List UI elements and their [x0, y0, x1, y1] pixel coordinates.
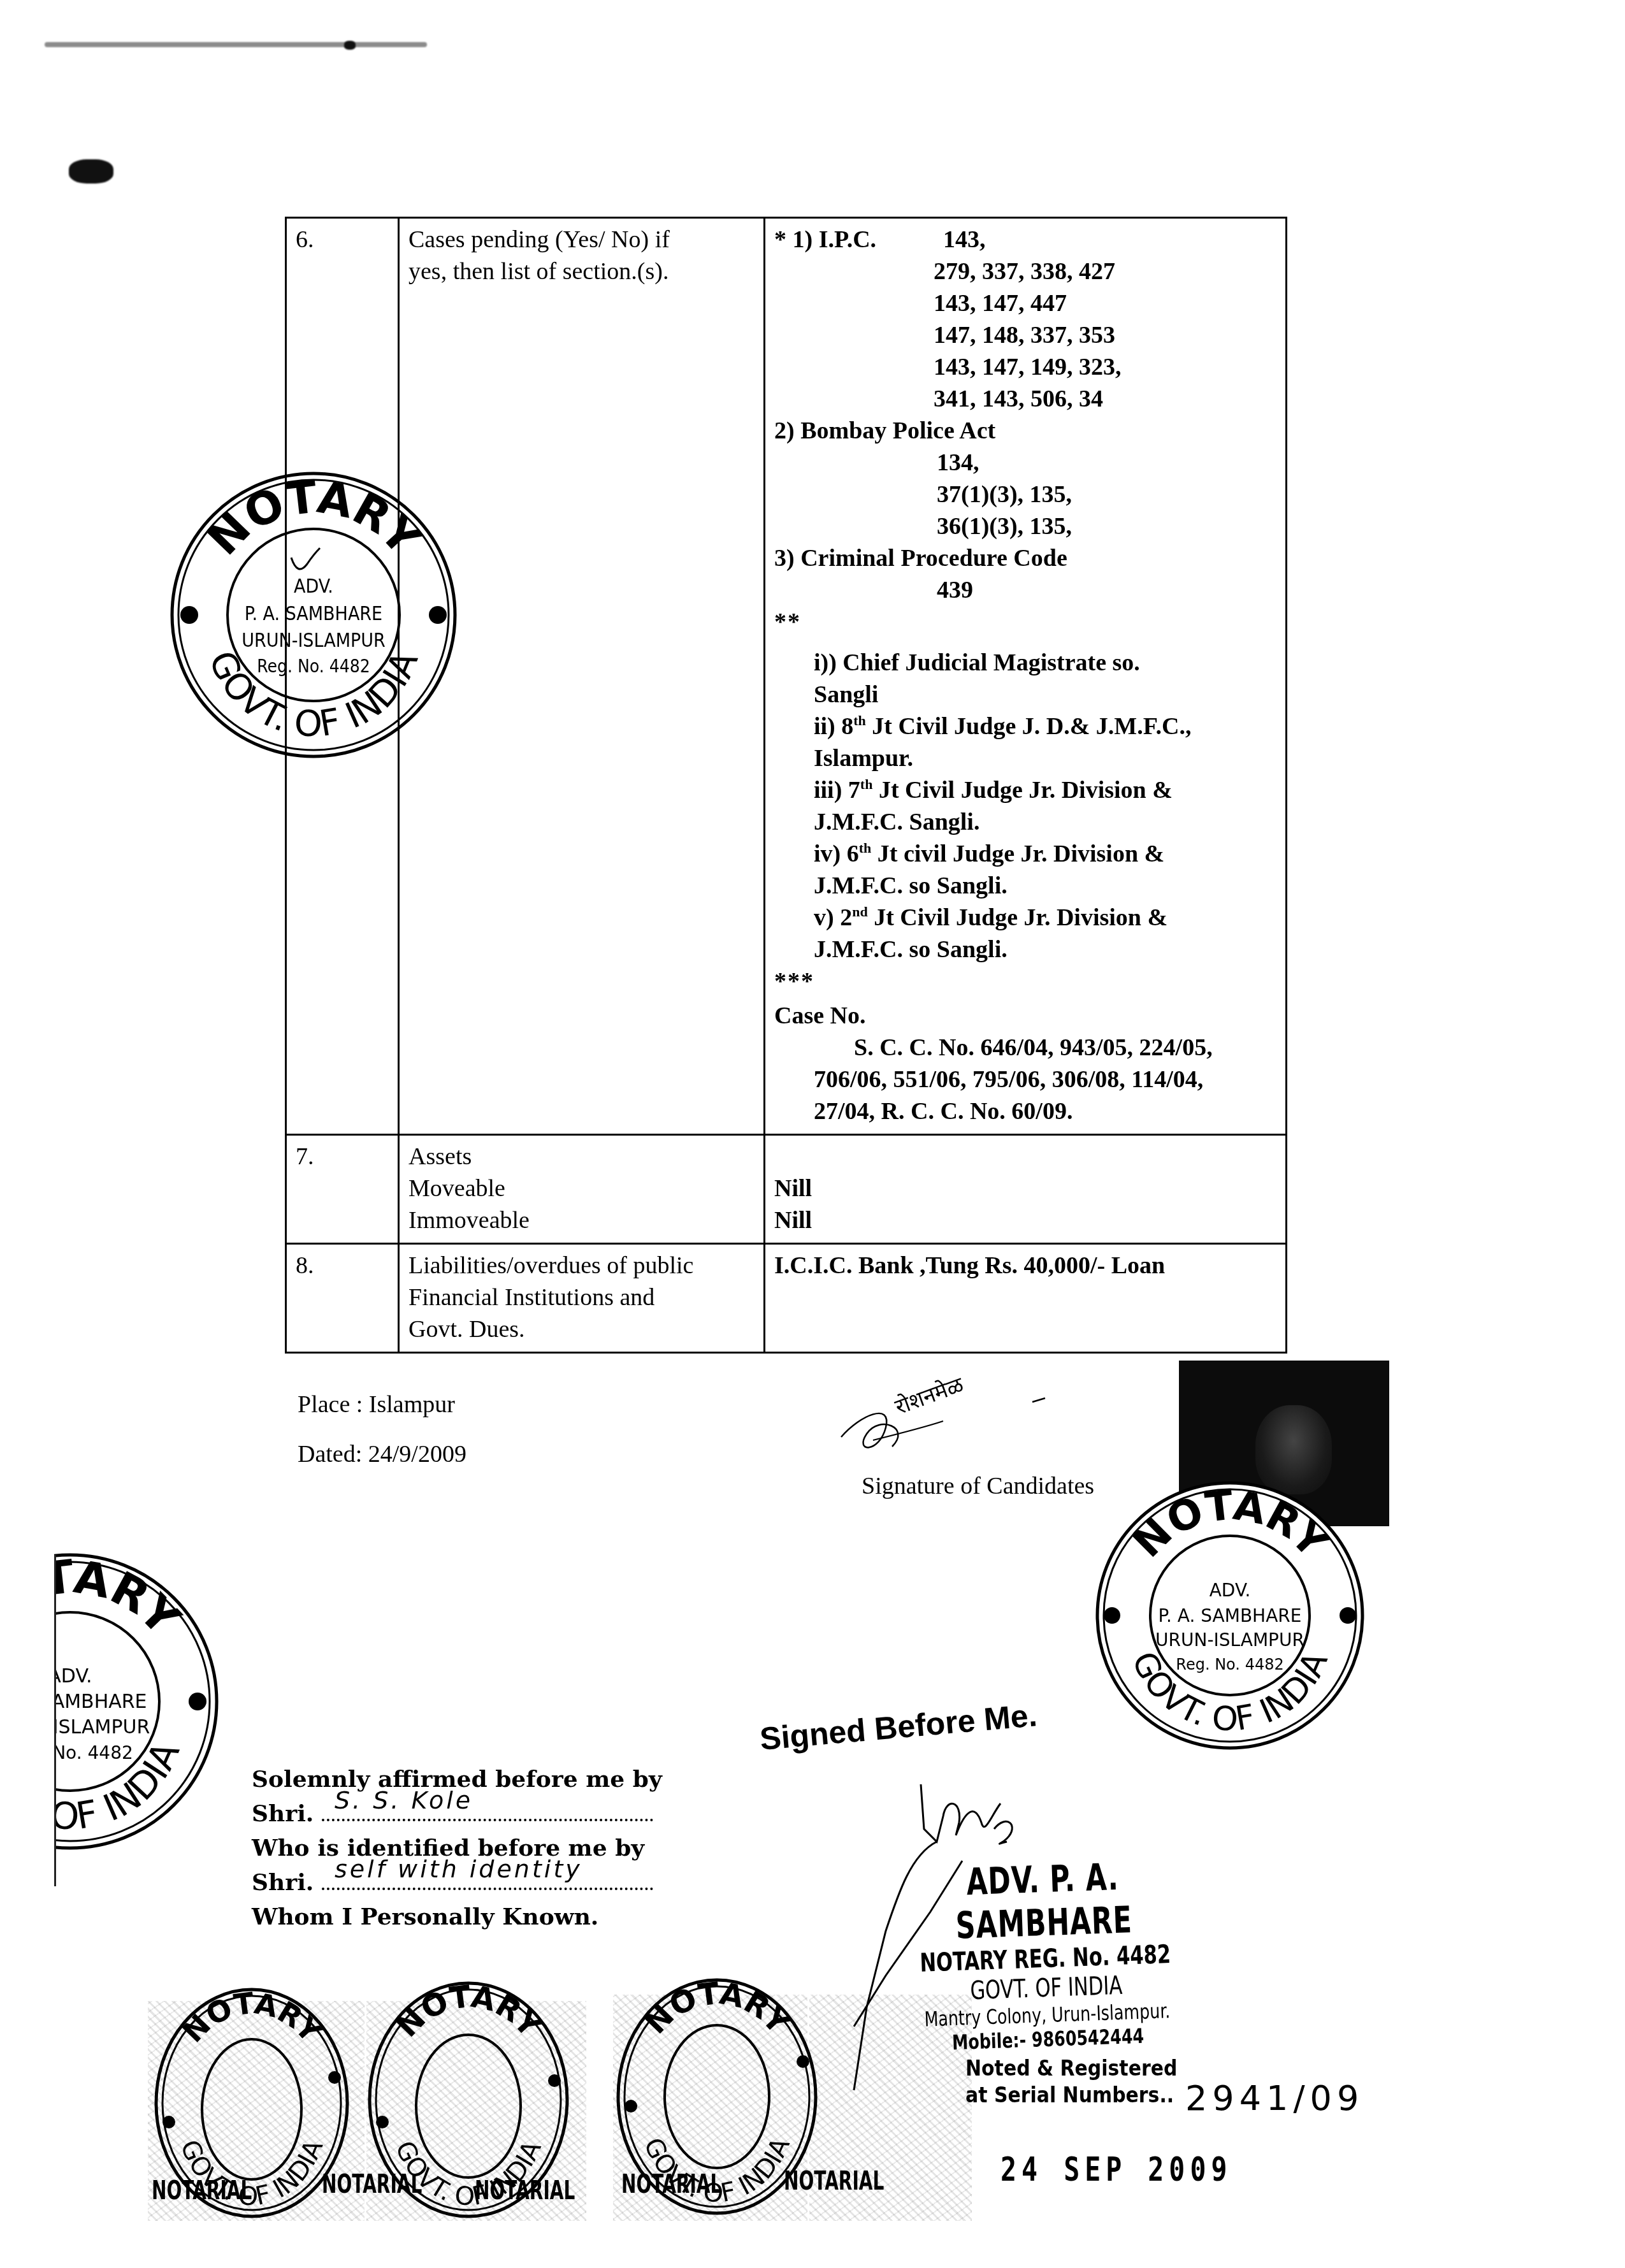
- liabilities-value: I.C.I.C. Bank ,Tung Rs. 40,000/- Loan: [765, 1244, 1287, 1353]
- courts-marker: **: [774, 606, 1276, 638]
- ipc-section: 341, 143, 506, 34: [774, 383, 1276, 415]
- ipc-block: * 1) I.P.C. 143,: [774, 224, 1276, 256]
- signature-label: Signature of Candidates: [862, 1472, 1094, 1500]
- signed-before-me: Signed Before Me.: [758, 1696, 1039, 1758]
- identified-by-field: self with identity: [322, 1866, 653, 1890]
- crpc-section: 439: [774, 574, 1276, 606]
- notary-seal-photo: NOTARY GOVT. OF INDIA ADV. P. A. SAMBHAR…: [1093, 1478, 1367, 1752]
- svg-text:GOVT. OF INDIA: GOVT. OF INDIA: [389, 2137, 547, 2212]
- case-line: 27/04, R. C. C. No. 60/09.: [774, 1095, 1276, 1127]
- affidavit-details-table: 6. Cases pending (Yes/ No) if yes, then …: [285, 217, 1287, 1354]
- svg-text:GOVT. OF INDIA: GOVT. OF INDIA: [175, 2135, 329, 2212]
- cases-marker: ***: [774, 965, 1276, 997]
- svg-text:P. A. SAMBHARE: P. A. SAMBHARE: [1159, 1605, 1302, 1626]
- bpa-section: 37(1)(3), 135,: [774, 479, 1276, 510]
- notary-name: ADV. P. A. SAMBHARE: [895, 1853, 1191, 1949]
- registration-block: Noted & Registered at Serial Numbers.. 2…: [965, 2055, 1206, 2109]
- table-row-liabilities: 8. Liabilities/overdues of public Financ…: [286, 1244, 1287, 1353]
- court-item: i)) Chief Judicial Magistrate so. Sangli: [774, 647, 1276, 711]
- dated-text: Dated: 24/9/2009: [298, 1429, 466, 1479]
- seal-top-text: NOTARY: [198, 470, 431, 565]
- ipc-section: 147, 148, 337, 353: [774, 319, 1276, 351]
- scan-artifact-top: [45, 42, 427, 47]
- court-item: v) 2nd Jt Civil Judge Jr. Division & J.M…: [774, 902, 1276, 965]
- scan-artifact-left: [69, 159, 113, 184]
- affirmation-block: Solemnly affirmed before me by Shri. S. …: [252, 1762, 662, 1934]
- affirmed-by-field: S. S. Kole: [322, 1797, 653, 1821]
- row-label: Assets Moveable Immoveable: [399, 1135, 765, 1244]
- svg-text:NOTARY: NOTARY: [0, 1549, 191, 1645]
- ipc-heading: * 1) I.P.C.: [774, 226, 876, 253]
- bpa-heading: 2) Bombay Police Act: [774, 415, 1276, 447]
- svg-text:URUN-ISLAMPUR: URUN-ISLAMPUR: [1155, 1629, 1304, 1650]
- svg-text:URUN-ISLAMPUR: URUN-ISLAMPUR: [0, 1716, 150, 1738]
- identified-shri-row: Shri. self with identity: [252, 1865, 662, 1900]
- court-item: ii) 8th Jt Civil Judge J. D.& J.M.F.C., …: [774, 711, 1276, 774]
- notary-seal-icon: NOTARY GOVT. OF INDIA: [150, 1982, 354, 2224]
- case-no-heading: Case No.: [774, 1000, 1276, 1032]
- immoveable-value: Nill: [774, 1204, 1276, 1236]
- crpc-heading: 3) Criminal Procedure Code: [774, 542, 1276, 574]
- table-row-assets: 7. Assets Moveable Immoveable Nill Nill: [286, 1135, 1287, 1244]
- case-line: 706/06, 551/06, 795/06, 306/08, 114/04,: [774, 1064, 1276, 1095]
- notary-seal-stamp-1: NOTARY GOVT. OF INDIA: [150, 1982, 354, 2224]
- notary-seal-stamp-2: NOTARY GOVT. OF INDIA: [363, 1975, 574, 2224]
- handwritten-signature-icon: रोशनमेळ: [835, 1376, 1090, 1466]
- svg-text:P. A. SAMBHARE: P. A. SAMBHARE: [0, 1691, 147, 1713]
- notary-seal-icon: NOTARY GOVT. OF INDIA ADV. P. A. SAMBHAR…: [167, 468, 460, 762]
- row-label: Liabilities/overdues of public Financial…: [399, 1244, 765, 1353]
- ipc-section: 143, 147, 149, 323,: [774, 351, 1276, 383]
- notary-seal-icon: NOTARY GOVT. OF INDIA ADV. P. A. SAMBHAR…: [0, 1549, 223, 1854]
- svg-text:Reg. No. 4482: Reg. No. 4482: [7, 1742, 133, 1763]
- court-item: iii) 7th Jt Civil Judge Jr. Division & J…: [774, 774, 1276, 838]
- notary-seal-stamp-3: NOTARY GOVT. OF INDIA: [612, 1972, 822, 2221]
- noted-registered-line2: at Serial Numbers..: [965, 2082, 1174, 2109]
- ipc-section: 143, 147, 447: [774, 287, 1276, 319]
- row-number: 8.: [286, 1244, 399, 1353]
- serial-number-handwritten: 2941/09: [1185, 2078, 1364, 2118]
- svg-text:Reg. No. 4482: Reg. No. 4482: [1176, 1656, 1283, 1673]
- svg-text:P. A. SAMBHARE: P. A. SAMBHARE: [245, 603, 382, 625]
- notary-seal-table: NOTARY GOVT. OF INDIA ADV. P. A. SAMBHAR…: [167, 468, 460, 762]
- assets-values: Nill Nill: [765, 1135, 1287, 1244]
- row-number: 7.: [286, 1135, 399, 1244]
- notary-seal-icon: NOTARY GOVT. OF INDIA: [363, 1975, 574, 2224]
- notary-seal-left-partial: NOTARY GOVT. OF INDIA ADV. P. A. SAMBHAR…: [0, 1549, 223, 1854]
- place-text: Place : Islampur: [298, 1380, 466, 1429]
- identified-by-handwritten: self with identity: [335, 1852, 582, 1886]
- scan-artifact-top-dot: [344, 41, 356, 50]
- cases-pending-details: * 1) I.P.C. 143, 279, 337, 338, 427 143,…: [765, 218, 1287, 1135]
- notary-seal-icon: NOTARY GOVT. OF INDIA: [612, 1972, 822, 2221]
- date-stamp: 24 SEP 2009: [1000, 2151, 1232, 2189]
- seal-initial-scribble: [291, 548, 320, 569]
- svg-text:ADV.: ADV.: [294, 575, 333, 598]
- moveable-value: Nill: [774, 1173, 1276, 1204]
- svg-text:URUN-ISLAMPUR: URUN-ISLAMPUR: [242, 630, 386, 652]
- bpa-section: 134,: [774, 447, 1276, 479]
- svg-text:रोशनमेळ: रोशनमेळ: [892, 1376, 967, 1420]
- court-item: iv) 6th Jt civil Judge Jr. Division & J.…: [774, 838, 1276, 902]
- bpa-section: 36(1)(3), 135,: [774, 510, 1276, 542]
- svg-text:NOTARY: NOTARY: [638, 1975, 797, 2042]
- noted-registered-line1: Noted & Registered: [965, 2055, 1177, 2082]
- svg-text:Reg. No. 4482: Reg. No. 4482: [257, 656, 370, 677]
- place-date-block: Place : Islampur Dated: 24/9/2009: [298, 1380, 466, 1479]
- svg-text:GOVT. OF INDIA: GOVT. OF INDIA: [638, 2134, 796, 2209]
- candidate-signature: रोशनमेळ: [835, 1376, 1090, 1466]
- affirm-shri-row: Shri. S. S. Kole: [252, 1796, 662, 1831]
- svg-text:ADV.: ADV.: [1210, 1580, 1251, 1601]
- affirm-line-5: Whom I Personally Known.: [252, 1900, 662, 1934]
- case-line: S. C. C. No. 646/04, 943/05, 224/05,: [774, 1032, 1276, 1064]
- ipc-section: 279, 337, 338, 427: [774, 256, 1276, 287]
- ipc-section: 143,: [943, 224, 986, 256]
- affirmed-by-handwritten: S. S. Kole: [335, 1783, 473, 1817]
- notary-seal-icon: NOTARY GOVT. OF INDIA ADV. P. A. SAMBHAR…: [1093, 1478, 1367, 1752]
- left-margin-line: [54, 1555, 56, 1886]
